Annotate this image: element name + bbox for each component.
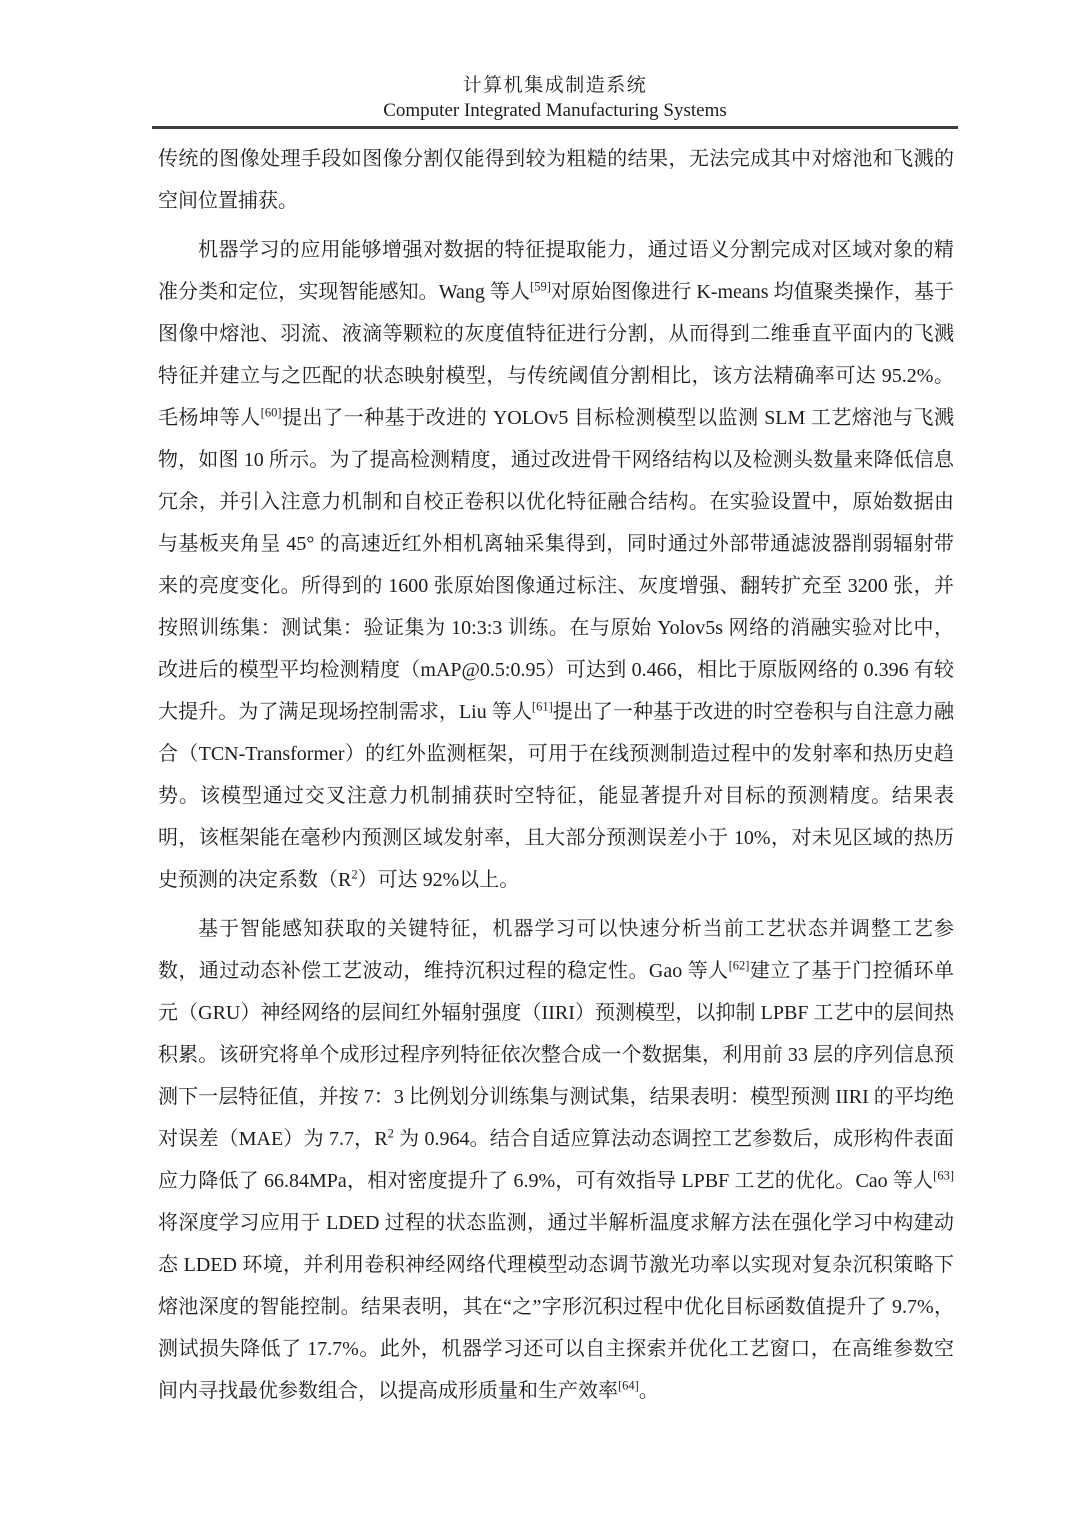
citation-superscript: [59] bbox=[530, 279, 551, 293]
journal-title-zh: 计算机集成制造系统 bbox=[152, 74, 958, 98]
citation-superscript: [64] bbox=[618, 1378, 639, 1392]
citation-superscript: [60] bbox=[261, 405, 282, 419]
paragraph: 机器学习的应用能够增强对数据的特征提取能力，通过语义分割完成对区域对象的精准分类… bbox=[158, 229, 954, 901]
text-run: 建立了基于门控循环单元（GRU）神经网络的层间红外辐射强度（IIRI）预测模型，… bbox=[158, 960, 954, 1150]
journal-page: 计算机集成制造系统 Computer Integrated Manufactur… bbox=[0, 0, 1080, 1527]
citation-superscript: [62] bbox=[729, 958, 750, 972]
citation-superscript: [63] bbox=[933, 1168, 954, 1182]
citation-superscript: [61] bbox=[532, 699, 553, 713]
text-run: 将深度学习应用于 LDED 过程的状态监测，通过半解析温度求解方法在强化学习中构… bbox=[158, 1212, 954, 1402]
text-run: 提出了一种基于改进的时空卷积与自注意力融合（TCN-Transformer）的红… bbox=[158, 701, 954, 891]
journal-title-en: Computer Integrated Manufacturing System… bbox=[152, 99, 958, 122]
text-run: 。 bbox=[639, 1380, 659, 1402]
page-header: 计算机集成制造系统 Computer Integrated Manufactur… bbox=[152, 0, 958, 129]
document-body: 传统的图像处理手段如图像分割仅能得到较为粗糙的结果，无法完成其中对熔池和飞溅的空… bbox=[158, 129, 954, 1412]
text-run: 提出了一种基于改进的 YOLOv5 目标检测模型以监测 SLM 工艺熔池与飞溅物… bbox=[158, 407, 954, 723]
text-run: ）可达 92%以上。 bbox=[358, 869, 520, 891]
paragraph: 传统的图像处理手段如图像分割仅能得到较为粗糙的结果，无法完成其中对熔池和飞溅的空… bbox=[158, 138, 954, 222]
paragraph: 基于智能感知获取的关键特征，机器学习可以快速分析当前工艺状态并调整工艺参数，通过… bbox=[158, 908, 954, 1412]
text-run: 传统的图像处理手段如图像分割仅能得到较为粗糙的结果，无法完成其中对熔池和飞溅的空… bbox=[158, 148, 954, 212]
